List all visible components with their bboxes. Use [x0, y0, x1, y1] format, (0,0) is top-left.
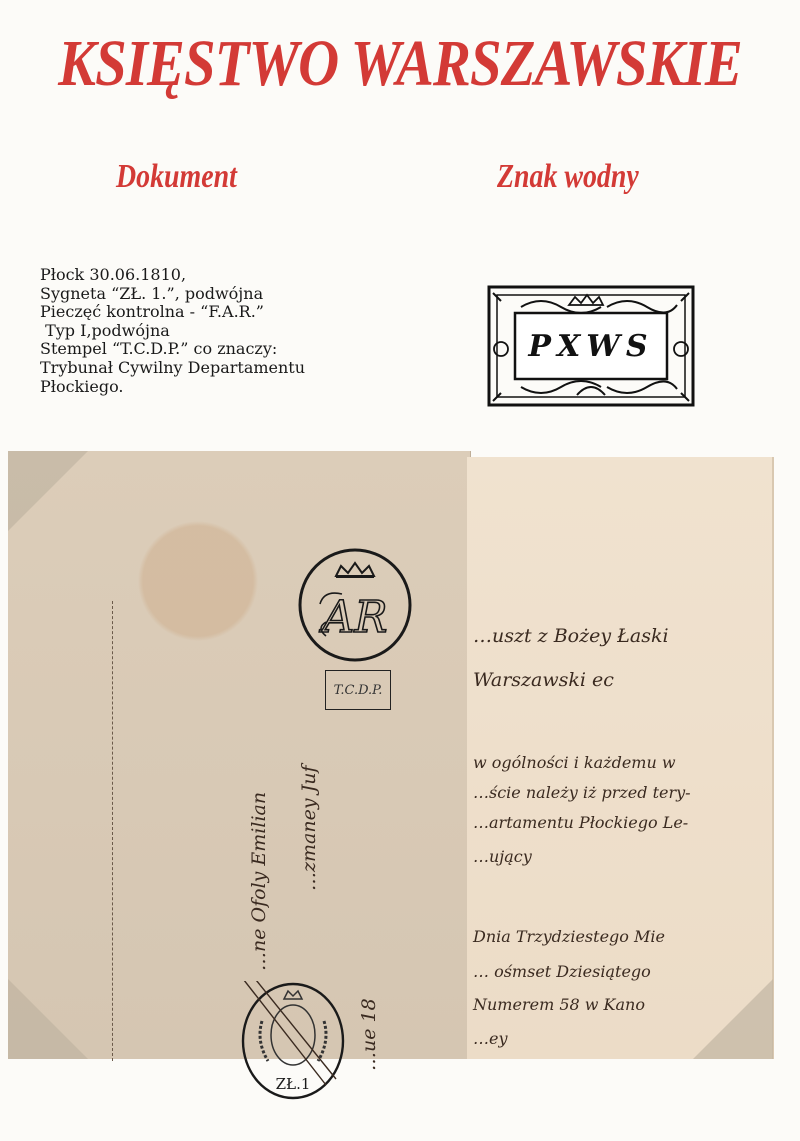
tcdp-stamp: T.C.D.P.: [325, 670, 391, 710]
page-title: KSIĘSTWO WARSZAWSKIE: [56, 26, 744, 102]
handwritten-line: … ośmset Dziesiątego: [473, 962, 651, 981]
watermark-subtitle: Znak wodny: [497, 158, 639, 196]
handwritten-line: …artamentu Płockiego Le-: [473, 813, 688, 832]
document-subtitle: Dokument: [116, 158, 237, 196]
svg-text:AR: AR: [319, 592, 388, 643]
handwritten-address-line: …ue 18: [358, 998, 380, 1071]
caption-line: Stempel “T.C.D.P.” co znaczy:: [40, 339, 277, 358]
caption-line: Typ I,podwójna: [40, 321, 170, 340]
control-seal-far: AR: [296, 546, 414, 664]
handwritten-line: Numerem 58 w Kano: [473, 995, 645, 1014]
signet-zl1: ZŁ.1: [240, 981, 346, 1103]
handwritten-line: …ey: [473, 1029, 508, 1048]
watermark-drawing: PXWS: [487, 283, 695, 408]
document-cover-sheet: AR T.C.D.P. ZŁ.1 …ne Ofoly Emilian …zman…: [8, 451, 470, 1059]
fold-line: [112, 601, 113, 1061]
document-letter-sheet: …uszt z Bożey Łaski Warszawski ec w ogól…: [467, 457, 774, 1059]
caption-line: Trybunał Cywilny Departamentu: [40, 358, 305, 377]
handwritten-line: w ogólności i każdemu w: [473, 753, 676, 772]
svg-text:PXWS: PXWS: [527, 329, 653, 364]
document-description: Płock 30.06.1810, Sygneta “ZŁ. 1.”, podw…: [40, 266, 305, 396]
handwritten-address-line: …ne Ofoly Emilian: [248, 792, 270, 971]
handwritten-line: …ście należy iż przed tery-: [473, 783, 691, 802]
caption-line: Płockiego.: [40, 377, 124, 396]
caption-line: Pieczęć kontrolna - “F.A.R.”: [40, 302, 264, 321]
handwritten-line: …uszt z Bożey Łaski: [473, 625, 669, 647]
caption-line: Sygneta “ZŁ. 1.”, podwójna: [40, 284, 263, 303]
document-scan: AR T.C.D.P. ZŁ.1 …ne Ofoly Emilian …zman…: [5, 449, 775, 1061]
handwritten-line: Dnia Trzydziestego Mie: [473, 927, 665, 946]
handwritten-line: …ujący: [473, 847, 532, 866]
svg-text:ZŁ.1: ZŁ.1: [276, 1075, 311, 1093]
handwritten-address-line: …zmaney Juf: [298, 766, 320, 892]
handwritten-line: Warszawski ec: [473, 669, 614, 691]
caption-line: Płock 30.06.1810,: [40, 265, 186, 284]
